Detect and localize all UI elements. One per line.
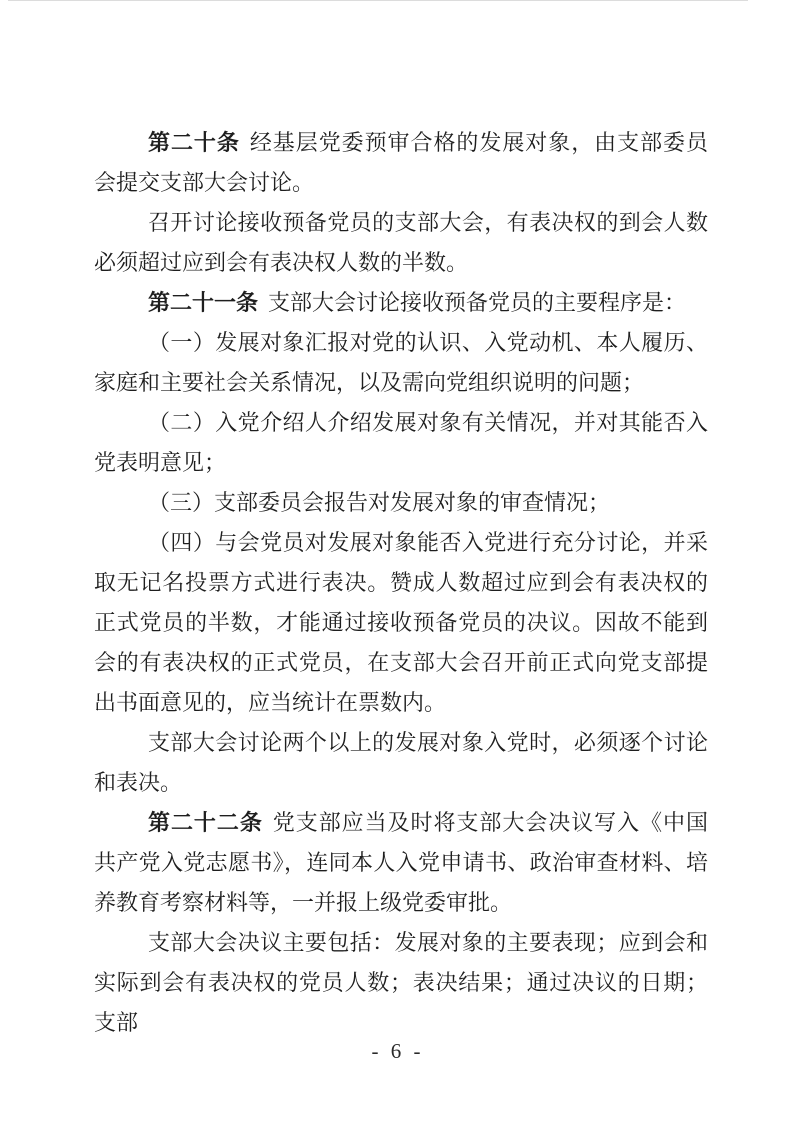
paragraph: 支部大会决议主要包括：发展对象的主要表现；应到会和实际到会有表决权的党员人数；表… (94, 923, 708, 1043)
paragraph: 召开讨论接收预备党员的支部大会，有表决权的到会人数必须超过应到会有表决权人数的半… (94, 203, 708, 283)
paragraph: （四）与会党员对发展对象能否入党进行充分讨论，并采取无记名投票方式进行表决。赞成… (94, 523, 708, 723)
paragraph-text: 召开讨论接收预备党员的支部大会，有表决权的到会人数必须超过应到会有表决权人数的半… (94, 210, 708, 275)
page-footer: - 6 - (0, 1036, 793, 1066)
article-number: 第二十条 (148, 130, 240, 155)
scan-edge-artifact (8, 0, 748, 1)
paragraph: 第二十二条党支部应当及时将支部大会决议写入《中国共产党入党志愿书》，连同本人入党… (94, 803, 708, 923)
paragraph-text: 支部大会决议主要包括：发展对象的主要表现；应到会和实际到会有表决权的党员人数；表… (94, 930, 708, 1035)
paragraph: （一）发展对象汇报对党的认识、入党动机、本人履历、家庭和主要社会关系情况，以及需… (94, 323, 708, 403)
paragraph: （三）支部委员会报告对发展对象的审查情况； (94, 483, 708, 523)
article-number: 第二十二条 (148, 810, 263, 835)
article-number: 第二十一条 (148, 290, 258, 315)
paragraph-text: （二）入党介绍人介绍发展对象有关情况，并对其能否入党表明意见； (94, 410, 708, 475)
paragraph-text: （一）发展对象汇报对党的认识、入党动机、本人履历、家庭和主要社会关系情况，以及需… (94, 330, 708, 395)
paragraph-text: （四）与会党员对发展对象能否入党进行充分讨论，并采取无记名投票方式进行表决。赞成… (94, 530, 708, 715)
page-number: - 6 - (372, 1039, 422, 1063)
paragraph-text: 支部大会讨论接收预备党员的主要程序是： (268, 290, 686, 315)
document-body: 第二十条经基层党委预审合格的发展对象，由支部委员会提交支部大会讨论。召开讨论接收… (94, 123, 708, 1043)
paragraph-text: 支部大会讨论两个以上的发展对象入党时，必须逐个讨论和表决。 (94, 730, 708, 795)
paragraph: 第二十条经基层党委预审合格的发展对象，由支部委员会提交支部大会讨论。 (94, 123, 708, 203)
paragraph: 第二十一条支部大会讨论接收预备党员的主要程序是： (94, 283, 708, 323)
paragraph: （二）入党介绍人介绍发展对象有关情况，并对其能否入党表明意见； (94, 403, 708, 483)
paragraph: 支部大会讨论两个以上的发展对象入党时，必须逐个讨论和表决。 (94, 723, 708, 803)
paragraph-text: （三）支部委员会报告对发展对象的审查情况； (148, 490, 610, 515)
document-page: 第二十条经基层党委预审合格的发展对象，由支部委员会提交支部大会讨论。召开讨论接收… (0, 0, 793, 1122)
